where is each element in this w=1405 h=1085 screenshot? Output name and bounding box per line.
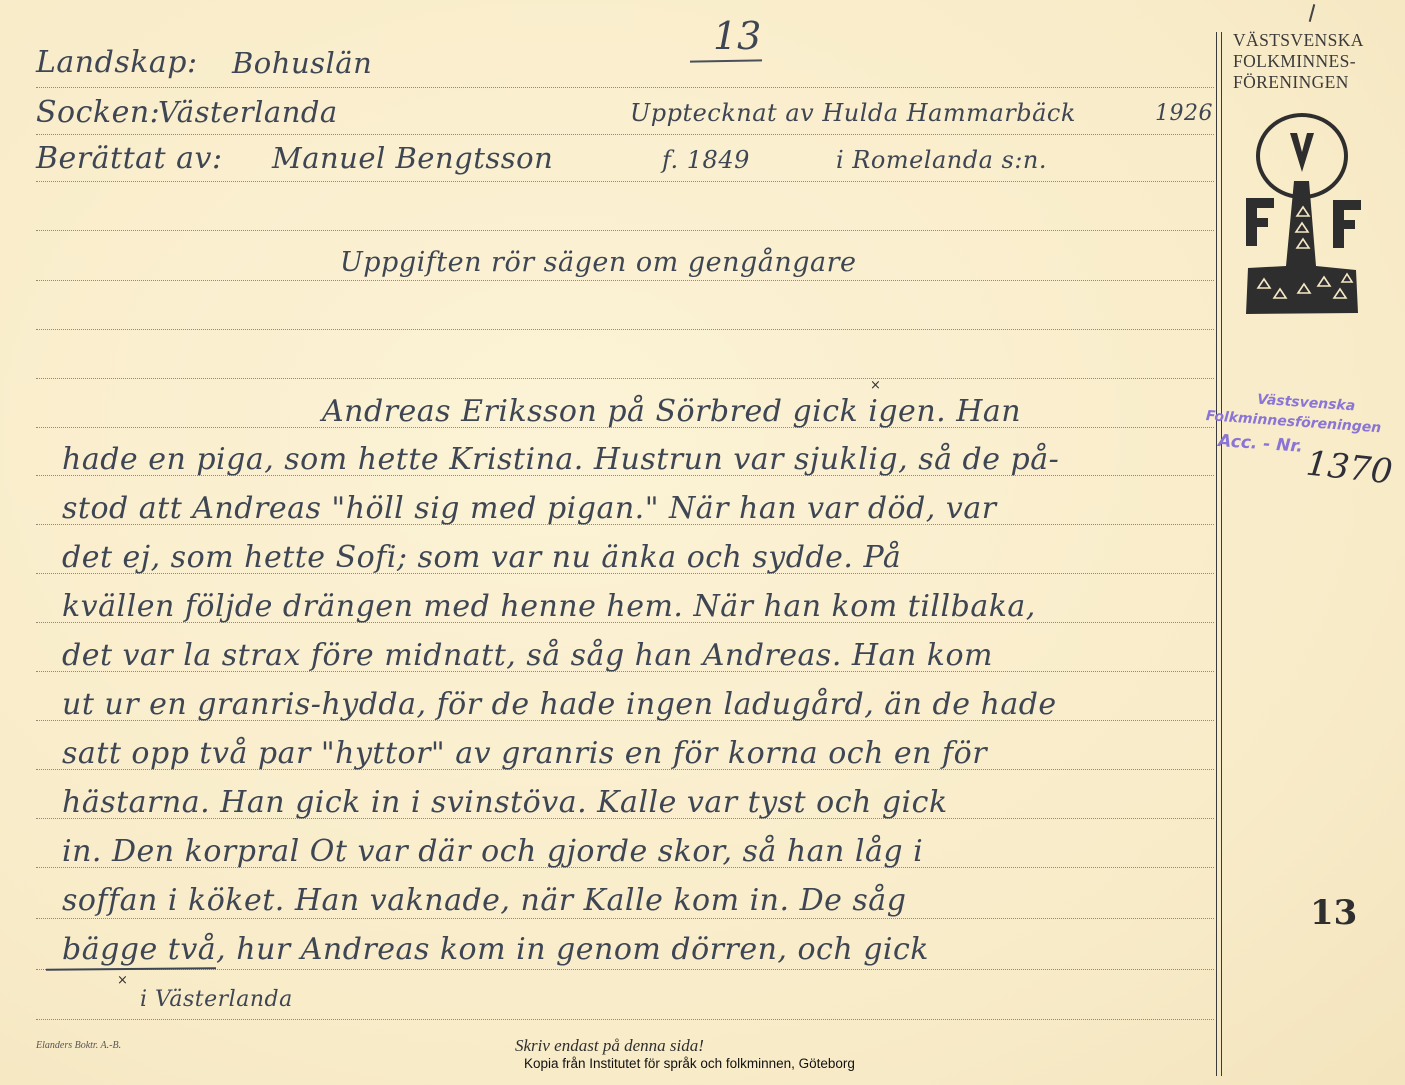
org-line-2: FOLKMINNES-	[1233, 51, 1373, 72]
write-instruction: Skriv endast på denna sida!	[515, 1036, 704, 1056]
landskap-label: Landskap:	[36, 45, 198, 80]
pen-tick-mark	[1309, 4, 1316, 22]
body-line: Andreas Eriksson på Sörbred gick igen. H…	[322, 394, 1021, 429]
rule-line	[36, 378, 1214, 379]
margin-rule	[1221, 32, 1222, 1076]
rule-line	[36, 181, 1214, 182]
body-line: det ej, som hette Sofi; som var nu änka …	[62, 540, 901, 575]
record-title: Uppgiften rör sägen om gengångare	[340, 247, 857, 278]
vff-hammer-logo-icon	[1238, 108, 1368, 327]
body-line: ut ur en granris-hydda, för de hade inge…	[62, 687, 1057, 722]
printed-page-number: 13	[1310, 893, 1357, 933]
body-line: soffan i köket. Han vaknade, när Kalle k…	[62, 883, 906, 918]
stamp-line-1: Västsvenska	[1257, 392, 1356, 415]
copy-notice: Kopia från Institutet för språk och folk…	[524, 1056, 855, 1071]
footnote-marker: ×	[870, 378, 881, 393]
narrator-birthplace: i Romelanda s:n.	[836, 146, 1047, 174]
socken-label: Socken:	[36, 95, 160, 130]
body-line: det var la strax före midnatt, så såg ha…	[62, 638, 993, 673]
body-line: kvällen följde drängen med henne hem. Nä…	[62, 589, 1036, 624]
body-line: stod att Andreas "höll sig med pigan." N…	[62, 491, 997, 526]
recorded-year: 1926	[1155, 101, 1213, 126]
margin-rule	[1216, 32, 1217, 1076]
org-line-3: FÖRENINGEN	[1233, 72, 1373, 93]
rule-line	[36, 134, 1214, 135]
recorded-by: Upptecknat av Hulda Hammarbäck	[630, 99, 1076, 127]
rule-line	[36, 230, 1214, 231]
body-line: satt opp två par "hyttor" av granris en …	[62, 736, 987, 771]
narrator-name: Manuel Bengtsson	[272, 141, 553, 175]
page-number-underline	[690, 59, 762, 62]
organization-name: VÄSTSVENSKA FOLKMINNES- FÖRENINGEN	[1233, 30, 1373, 93]
body-line: hade en piga, som hette Kristina. Hustru…	[62, 442, 1059, 477]
rule-line	[36, 280, 1214, 281]
rule-line	[36, 329, 1214, 330]
body-line: hästarna. Han gick in i svinstöva. Kalle…	[62, 785, 948, 820]
body-line: bägge två, hur Andreas kom in genom dörr…	[62, 932, 929, 967]
body-line: in. Den korpral Ot var där och gjorde sk…	[62, 834, 923, 869]
printer-credit: Elanders Boktr. A.-B.	[36, 1040, 121, 1051]
narrator-born: f. 1849	[662, 146, 750, 174]
rule-line	[36, 87, 1214, 88]
footnote-marker: ×	[117, 973, 128, 988]
socken-value: Västerlanda	[158, 95, 338, 129]
rule-line	[36, 918, 1214, 919]
handwritten-page-number: 13	[713, 14, 761, 58]
accession-number: 1370	[1304, 444, 1394, 493]
berattat-label: Berättat av:	[36, 141, 223, 176]
underline-mark	[46, 967, 216, 970]
stamp-line-3: Acc. - Nr.	[1217, 431, 1303, 457]
org-line-1: VÄSTSVENSKA	[1233, 30, 1373, 51]
landskap-value: Bohuslän	[232, 46, 372, 80]
rule-line	[36, 1019, 1214, 1020]
footnote-text: i Västerlanda	[140, 987, 293, 1012]
